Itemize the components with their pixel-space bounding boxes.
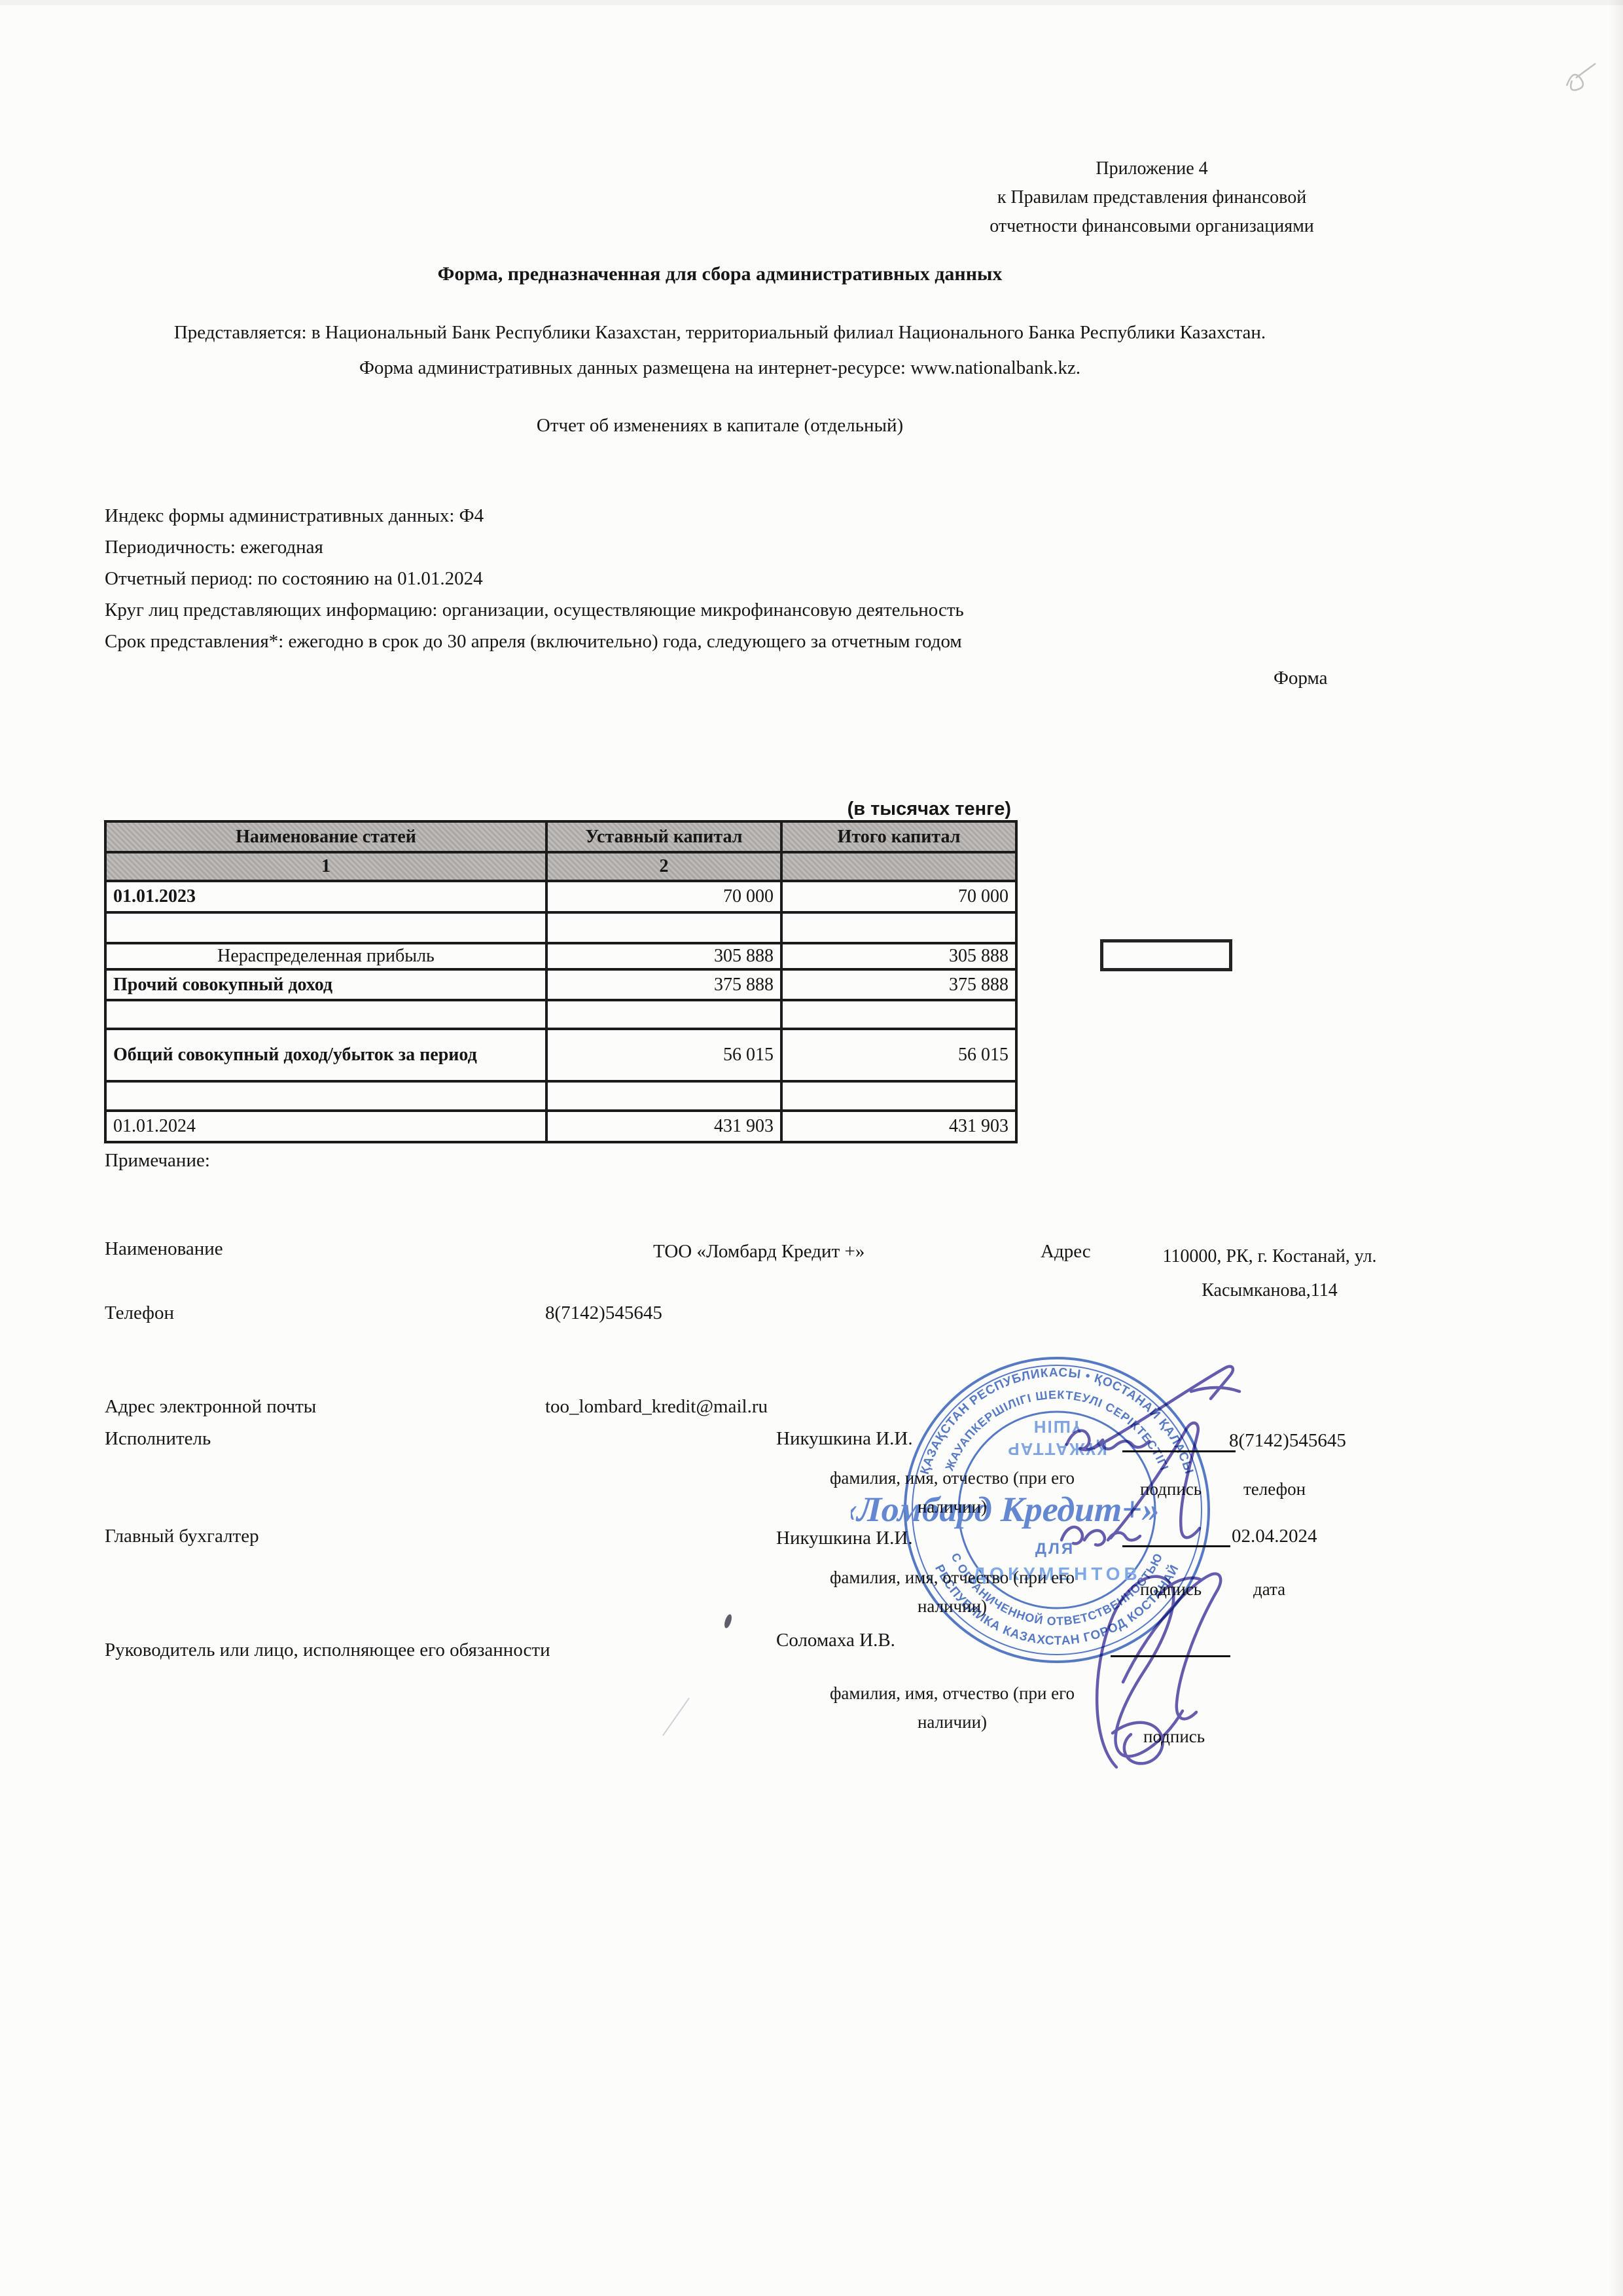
appendix-block: Приложение 4 к Правилам представления фи… bbox=[949, 154, 1355, 241]
table-colnum-row: 1 2 bbox=[105, 852, 1016, 881]
ink-fleck bbox=[723, 1613, 733, 1629]
head-signature-ink bbox=[1097, 1574, 1221, 1767]
meta-block: Индекс формы административных данных: Ф4… bbox=[105, 500, 964, 657]
table-row-empty bbox=[105, 1000, 1016, 1029]
capital-changes-table: Наименование статей Уставный капитал Ито… bbox=[104, 820, 1018, 1143]
submission-line-2: Форма административных данных размещена … bbox=[65, 357, 1374, 379]
email-value: too_lombard_kredit@mail.ru bbox=[545, 1396, 768, 1418]
meta-periodicity: Периодичность: ежегодная bbox=[105, 531, 964, 563]
table-row: Прочий совокупный доход 375 888 375 888 bbox=[105, 969, 1016, 1000]
appendix-line-1: Приложение 4 bbox=[949, 154, 1355, 183]
note-label: Примечание: bbox=[105, 1150, 210, 1172]
phone-value: 8(7142)545645 bbox=[545, 1302, 662, 1324]
pencil-squiggle-mark bbox=[1558, 56, 1603, 101]
appendix-line-2: к Правилам представления финансовой bbox=[949, 183, 1355, 212]
submission-line-1: Представляется: в Национальный Банк Респ… bbox=[65, 322, 1374, 344]
head-role-label: Руководитель или лицо, исполняющее его о… bbox=[105, 1640, 550, 1661]
address-line-1: 110000, РК, г. Костанай, ул. bbox=[1145, 1240, 1394, 1274]
header-charter-capital: Уставный капитал bbox=[546, 821, 781, 852]
chief-accountant-role-label: Главный бухгалтер bbox=[105, 1526, 259, 1547]
colnum-2: 2 bbox=[546, 852, 781, 881]
table-row: Нераспределенная прибыль 305 888 305 888 bbox=[105, 943, 1016, 969]
faint-pen-stroke bbox=[662, 1698, 690, 1736]
meta-report-period: Отчетный период: по состоянию на 01.01.2… bbox=[105, 563, 964, 594]
table-row: 01.01.2024 431 903 431 903 bbox=[105, 1111, 1016, 1142]
colnum-1: 1 bbox=[105, 852, 546, 881]
table-row: Общий совокупный доход/убыток за период … bbox=[105, 1029, 1016, 1081]
meta-deadline: Срок представления*: ежегодно в срок до … bbox=[105, 626, 964, 657]
address-label: Адрес bbox=[1041, 1241, 1091, 1263]
appendix-line-3: отчетности финансовыми организациями bbox=[949, 212, 1355, 241]
empty-mark-box bbox=[1100, 939, 1232, 971]
company-name-value: ТОО «Ломбард Кредит +» bbox=[653, 1241, 865, 1263]
executor-signature-ink bbox=[1067, 1367, 1240, 1450]
header-total-capital: Итого капитал bbox=[781, 821, 1016, 852]
table-row-empty bbox=[105, 1081, 1016, 1111]
scan-edge-shadow bbox=[0, 0, 1623, 5]
units-label: (в тысячах тенге) bbox=[785, 798, 1011, 820]
company-name-label: Наименование bbox=[105, 1238, 223, 1260]
table-row-empty bbox=[105, 912, 1016, 943]
table-header-row: Наименование статей Уставный капитал Ито… bbox=[105, 821, 1016, 852]
meta-scope: Круг лиц представляющих информацию: орга… bbox=[105, 594, 964, 626]
header-items: Наименование статей bbox=[105, 821, 546, 852]
table-row: 01.01.2023 70 000 70 000 bbox=[105, 881, 1016, 912]
email-label: Адрес электронной почты bbox=[105, 1396, 316, 1418]
colnum-3 bbox=[781, 852, 1016, 881]
executor-role-label: Исполнитель bbox=[105, 1428, 211, 1450]
address-line-2: Касымканова,114 bbox=[1145, 1274, 1394, 1308]
form-label: Форма bbox=[1274, 668, 1328, 689]
scan-edge-shadow bbox=[1609, 0, 1623, 2296]
meta-index: Индекс формы административных данных: Ф4 bbox=[105, 500, 964, 531]
report-title: Отчет об изменениях в капитале (отдельны… bbox=[65, 415, 1374, 437]
address-value: 110000, РК, г. Костанай, ул. Касымканова… bbox=[1145, 1240, 1394, 1308]
document-title: Форма, предназначенная для сбора админис… bbox=[65, 263, 1374, 285]
handwritten-signatures bbox=[1021, 1348, 1283, 1793]
phone-label: Телефон bbox=[105, 1302, 174, 1324]
